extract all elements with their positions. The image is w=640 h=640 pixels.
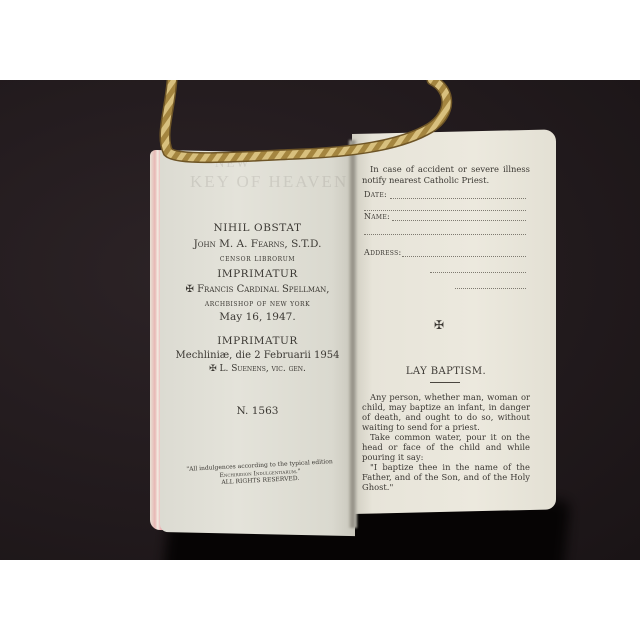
gold-cord-bookmark <box>0 80 640 560</box>
photo-background: NEW KEY OF HEAVEN NIHIL OBSTAT John M. A… <box>0 80 640 560</box>
